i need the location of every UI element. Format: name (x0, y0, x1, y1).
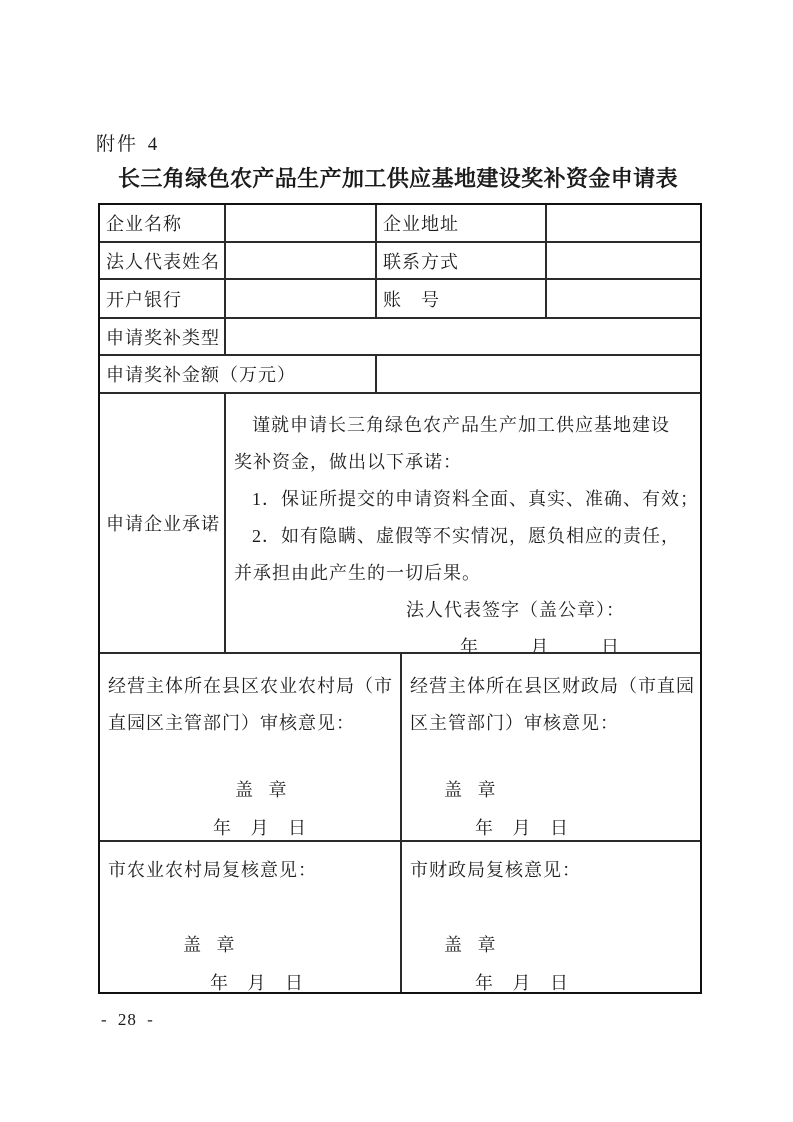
review-title-line: 经营主体所在县区农业农村局（市 (108, 668, 392, 705)
legal-rep-field[interactable] (224, 243, 375, 278)
row-county-review: 经营主体所在县区农业农村局（市 直园区主管部门）审核意见： 盖 章 年 月 日 … (100, 652, 700, 840)
commitment-line: 奖补资金，做出以下承诺： (234, 444, 692, 481)
company-name-label: 企业名称 (100, 205, 224, 241)
commitment-item-1: 1．保证所提交的申请资料全面、真实、准确、有效； (234, 481, 692, 518)
seal-placeholder: 盖 章 (108, 772, 392, 809)
row-commitment: 申请企业承诺 谨就申请长三角绿色农产品生产加工供应基地建设 奖补资金，做出以下承… (100, 392, 700, 652)
commitment-text: 谨就申请长三角绿色农产品生产加工供应基地建设 奖补资金，做出以下承诺： 1．保证… (224, 394, 700, 652)
date-placeholder: 年 月 日 (108, 809, 392, 840)
subsidy-amount-field[interactable] (375, 356, 700, 392)
city-recheck-agriculture-cell: 市农业农村局复核意见： 盖 章 年 月 日 (100, 842, 400, 992)
seal-placeholder: 盖 章 (108, 927, 392, 964)
legal-rep-label: 法人代表姓名 (100, 243, 224, 278)
bank-field[interactable] (224, 280, 375, 317)
company-name-field[interactable] (224, 205, 375, 241)
contact-field[interactable] (545, 243, 700, 278)
county-review-finance-cell: 经营主体所在县区财政局（市直园 区主管部门）审核意见： 盖 章 年 月 日 (400, 654, 700, 840)
bank-label: 开户银行 (100, 280, 224, 317)
date-placeholder: 年 月 日 (108, 964, 392, 992)
page-title: 长三角绿色农产品生产加工供应基地建设奖补资金申请表 (98, 162, 698, 193)
subsidy-type-field[interactable] (224, 319, 700, 354)
company-address-field[interactable] (545, 205, 700, 241)
seal-placeholder: 盖 章 (410, 772, 692, 809)
contact-label: 联系方式 (375, 243, 545, 278)
legal-rep-signature-label: 法人代表签字（盖公章）： (234, 592, 692, 629)
date-placeholder: 年 月 日 (410, 809, 692, 840)
commitment-date-placeholder: 年 月 日 (234, 629, 692, 652)
row-bank: 开户银行 账 号 (100, 278, 700, 317)
commitment-label: 申请企业承诺 (100, 394, 224, 652)
row-subsidy-type: 申请奖补类型 (100, 317, 700, 354)
row-company: 企业名称 企业地址 (100, 205, 700, 241)
review-title-line: 区主管部门）审核意见： (410, 705, 692, 742)
commitment-line: 并承担由此产生的一切后果。 (234, 555, 692, 592)
county-review-agriculture-cell: 经营主体所在县区农业农村局（市 直园区主管部门）审核意见： 盖 章 年 月 日 (100, 654, 400, 840)
document-page: 附件 4 长三角绿色农产品生产加工供应基地建设奖补资金申请表 企业名称 企业地址… (0, 0, 793, 1122)
commitment-line: 谨就申请长三角绿色农产品生产加工供应基地建设 (234, 407, 692, 444)
recheck-title: 市财政局复核意见： (410, 852, 692, 889)
subsidy-amount-label: 申请奖补金额（万元） (100, 356, 375, 392)
account-number-label: 账 号 (375, 280, 545, 317)
commitment-item-2: 2．如有隐瞒、虚假等不实情况，愿负相应的责任， (234, 518, 692, 555)
recheck-title: 市农业农村局复核意见： (108, 852, 392, 889)
city-recheck-finance-cell: 市财政局复核意见： 盖 章 年 月 日 (400, 842, 700, 992)
application-form-table: 企业名称 企业地址 法人代表姓名 联系方式 开户银行 账 号 申请奖补类型 申请… (98, 203, 702, 994)
company-address-label: 企业地址 (375, 205, 545, 241)
row-legal-rep: 法人代表姓名 联系方式 (100, 241, 700, 278)
date-placeholder: 年 月 日 (410, 964, 692, 992)
review-title-line: 直园区主管部门）审核意见： (108, 705, 392, 742)
review-title-line: 经营主体所在县区财政局（市直园 (410, 668, 692, 705)
page-number: - 28 - (101, 1010, 154, 1030)
account-number-field[interactable] (545, 280, 700, 317)
row-subsidy-amount: 申请奖补金额（万元） (100, 354, 700, 392)
attachment-label: 附件 4 (96, 129, 159, 156)
subsidy-type-label: 申请奖补类型 (100, 319, 224, 354)
row-city-recheck: 市农业农村局复核意见： 盖 章 年 月 日 市财政局复核意见： 盖 章 年 月 … (100, 840, 700, 992)
seal-placeholder: 盖 章 (410, 927, 692, 964)
